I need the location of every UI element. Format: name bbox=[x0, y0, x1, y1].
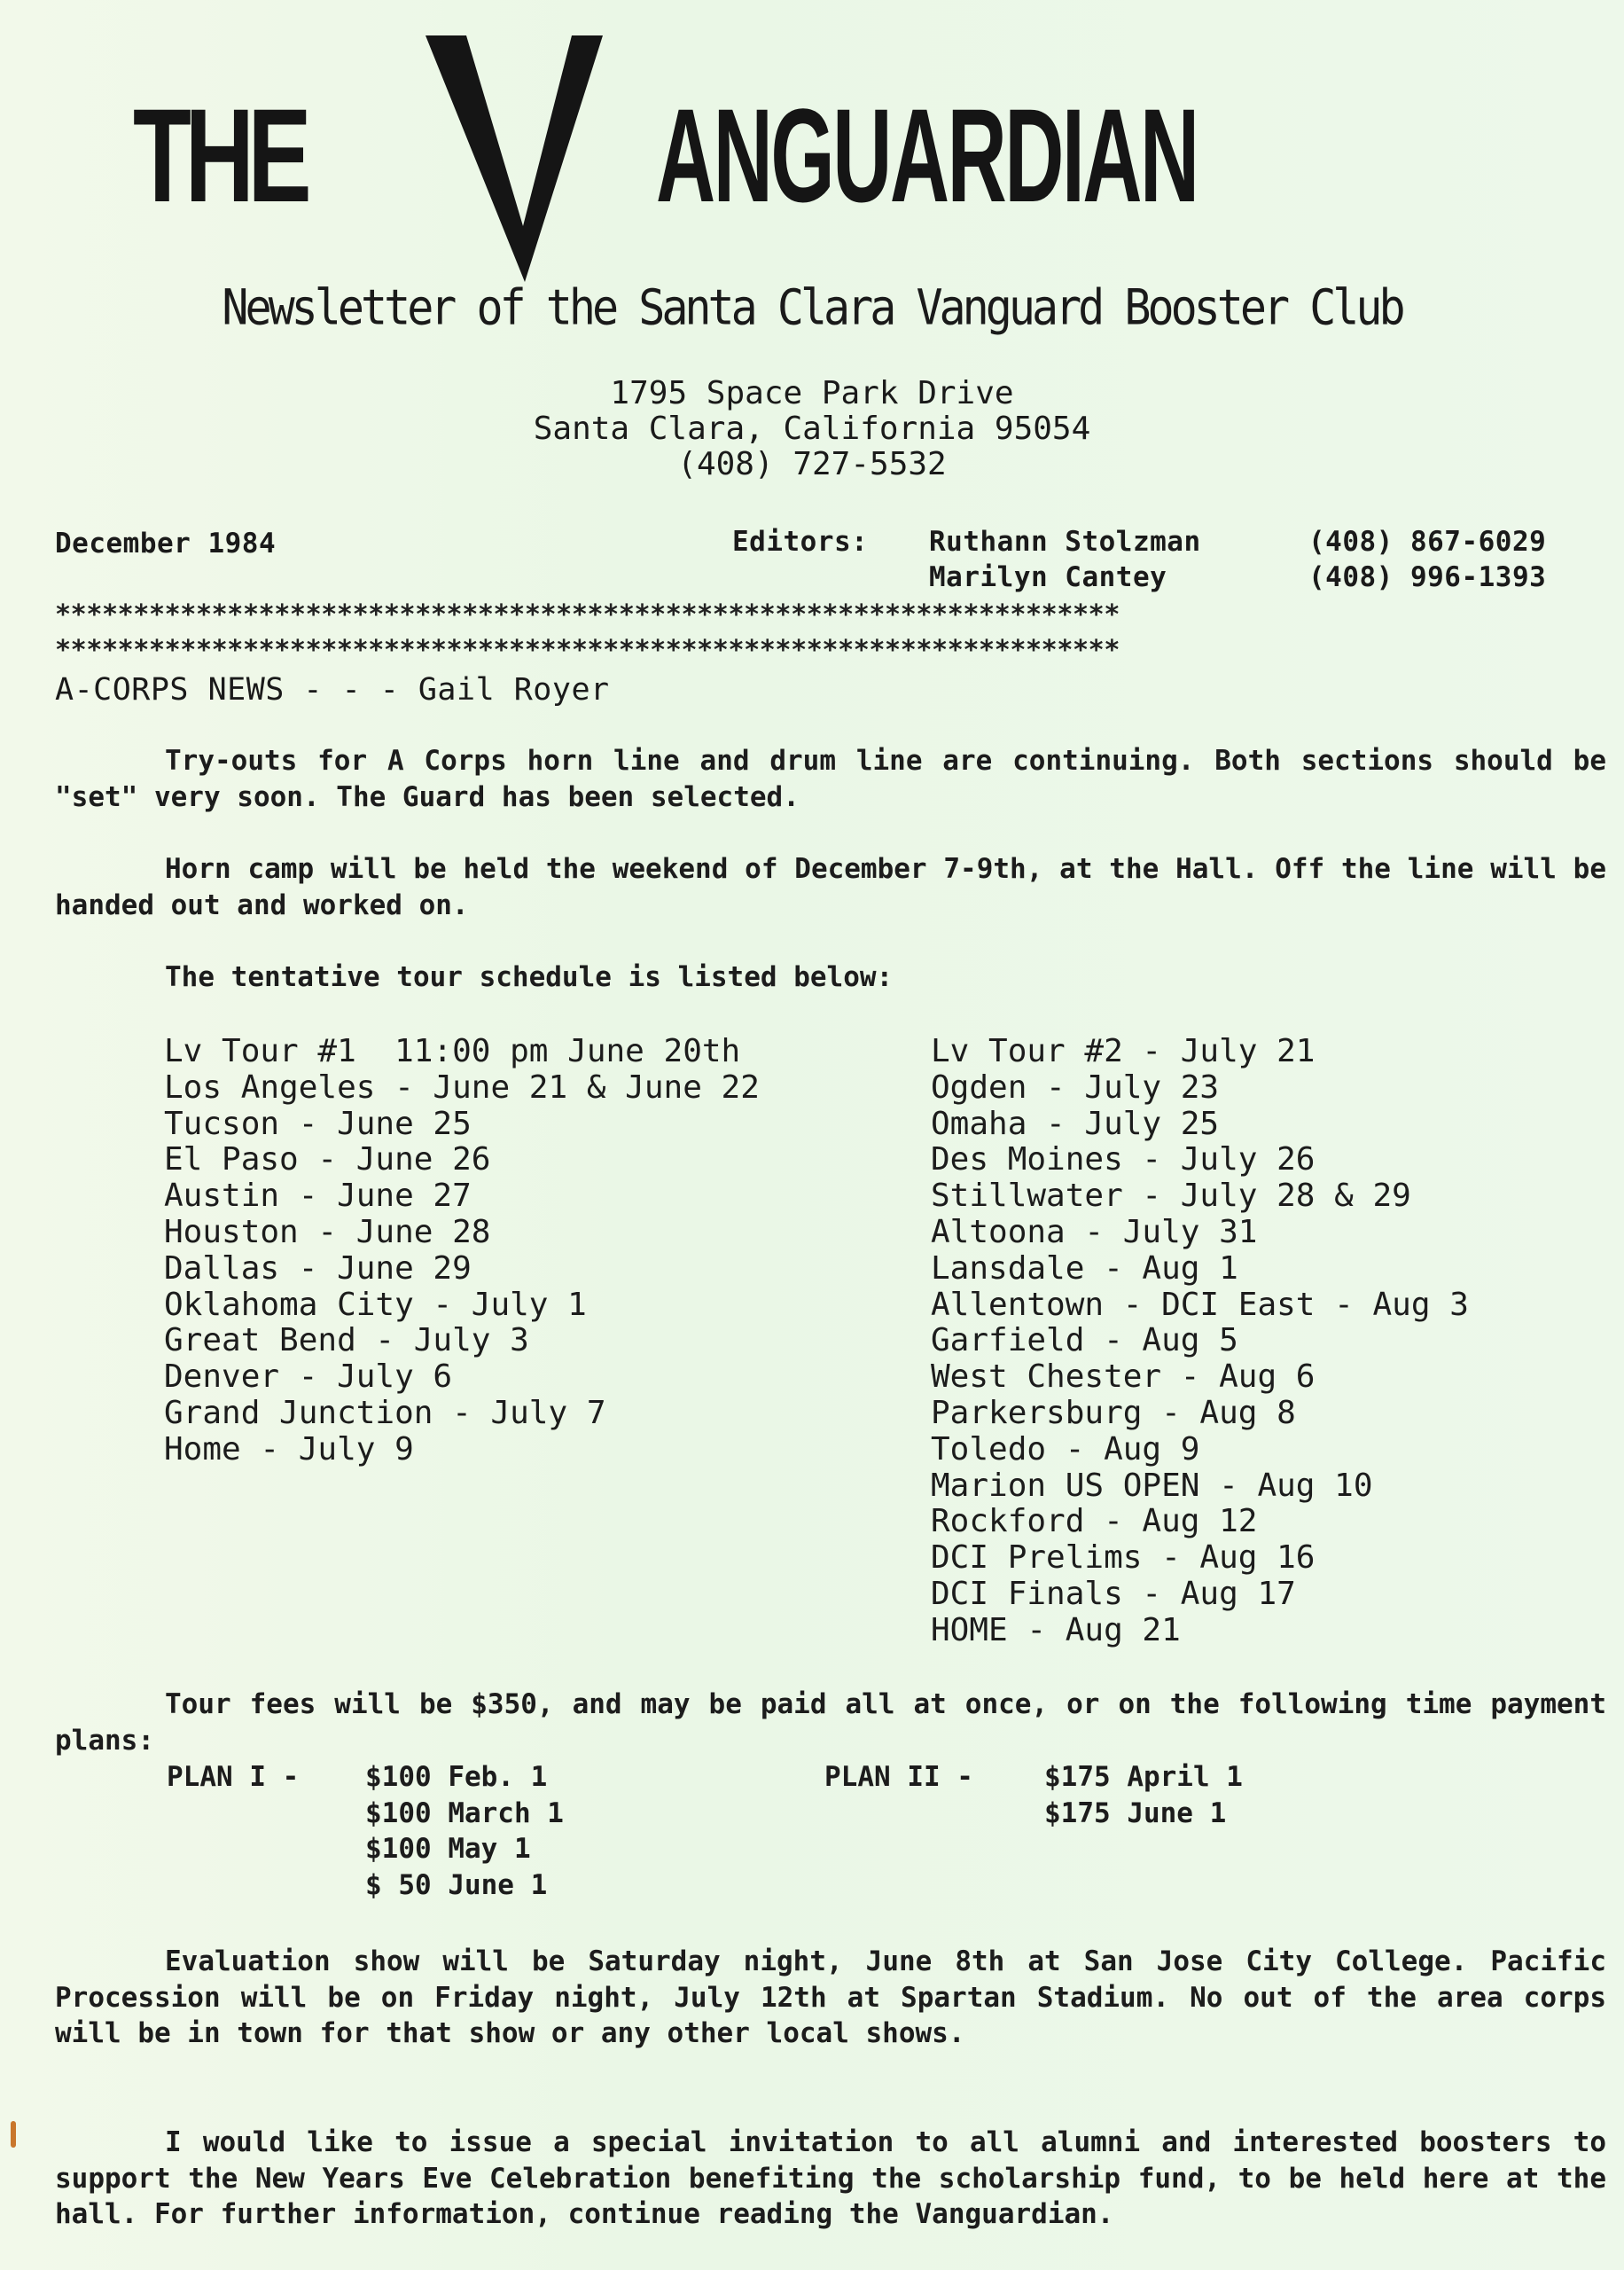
schedule-item: DCI Prelims - Aug 16 bbox=[931, 1540, 1469, 1577]
editor-name-1: Ruthann Stolzman bbox=[929, 526, 1201, 558]
schedule-item: Lansdale - Aug 1 bbox=[931, 1251, 1469, 1288]
schedule-item: HOME - Aug 21 bbox=[931, 1613, 1469, 1649]
schedule-item: Oklahoma City - July 1 bbox=[164, 1288, 760, 1324]
schedule-item: Altoona - July 31 bbox=[931, 1215, 1469, 1251]
paragraph-fees: Tour fees will be $350, and may be paid … bbox=[55, 1687, 1606, 1758]
plan-payment: $100 Feb. 1 bbox=[365, 1759, 564, 1796]
editors-label: Editors: bbox=[732, 526, 868, 558]
schedule-item: DCI Finals - Aug 17 bbox=[931, 1577, 1469, 1613]
paragraph-schedule-intro: The tentative tour schedule is listed be… bbox=[55, 959, 1606, 996]
paragraph-evaluation-show-text: Evaluation show will be Saturday night, … bbox=[55, 1945, 1606, 2049]
schedule-item: Lv Tour #2 - July 21 bbox=[931, 1034, 1469, 1070]
tour-schedule-left: Lv Tour #1 11:00 pm June 20thLos Angeles… bbox=[164, 1034, 760, 1468]
address-phone: (408) 727-5532 bbox=[0, 447, 1624, 482]
editor-name-2: Marilyn Cantey bbox=[929, 561, 1167, 593]
plan-payment: $100 March 1 bbox=[365, 1796, 564, 1832]
paragraph-invitation-text: I would like to issue a special invitati… bbox=[55, 2126, 1606, 2230]
newsletter-subtitle: Newsletter of the Santa Clara Vanguard B… bbox=[0, 279, 1624, 336]
tour-schedule-right: Lv Tour #2 - July 21Ogden - July 23Omaha… bbox=[931, 1034, 1469, 1649]
separator-line-1: ****************************************… bbox=[55, 599, 1606, 630]
plan-payment: $175 June 1 bbox=[1044, 1796, 1243, 1832]
paragraph-tryouts: Try-outs for A Corps horn line and drum … bbox=[55, 743, 1606, 815]
schedule-item: Dallas - June 29 bbox=[164, 1251, 760, 1288]
schedule-item: Great Bend - July 3 bbox=[164, 1323, 760, 1359]
paragraph-invitation: I would like to issue a special invitati… bbox=[55, 2125, 1606, 2233]
plan-2-payments: $175 April 1$175 June 1 bbox=[1044, 1759, 1243, 1831]
schedule-item: Home - July 9 bbox=[164, 1432, 760, 1468]
schedule-item: Los Angeles - June 21 & June 22 bbox=[164, 1070, 760, 1107]
paragraph-evaluation-show: Evaluation show will be Saturday night, … bbox=[55, 1944, 1606, 2052]
schedule-item: Omaha - July 25 bbox=[931, 1107, 1469, 1143]
masthead: THE ANGUARDIAN bbox=[133, 35, 1489, 293]
plan-payment: $100 May 1 bbox=[365, 1831, 564, 1867]
schedule-item: Tucson - June 25 bbox=[164, 1107, 760, 1143]
schedule-item: Houston - June 28 bbox=[164, 1215, 760, 1251]
schedule-item: Rockford - Aug 12 bbox=[931, 1504, 1469, 1540]
schedule-item: Lv Tour #1 11:00 pm June 20th bbox=[164, 1034, 760, 1070]
schedule-item: Des Moines - July 26 bbox=[931, 1142, 1469, 1178]
address-street: 1795 Space Park Drive bbox=[0, 376, 1624, 411]
masthead-the: THE bbox=[133, 89, 305, 222]
paragraph-horn-camp-text: Horn camp will be held the weekend of De… bbox=[55, 853, 1606, 921]
plan-2-label: PLAN II - bbox=[824, 1759, 990, 1796]
schedule-item: El Paso - June 26 bbox=[164, 1142, 760, 1178]
schedule-item: Grand Junction - July 7 bbox=[164, 1396, 760, 1432]
plan-1-label: PLAN I - bbox=[167, 1759, 316, 1796]
masthead-anguardian: ANGUARDIAN bbox=[656, 89, 1198, 222]
article-heading: A-CORPS NEWS - - - Gail Royer bbox=[55, 672, 610, 708]
masthead-v-logo-icon bbox=[426, 35, 603, 284]
plan-payment: $175 April 1 bbox=[1044, 1759, 1243, 1796]
separator-line-2: ****************************************… bbox=[55, 635, 1606, 666]
paragraph-tryouts-text: Try-outs for A Corps horn line and drum … bbox=[55, 745, 1606, 813]
paragraph-schedule-intro-text: The tentative tour schedule is listed be… bbox=[165, 961, 893, 993]
paragraph-horn-camp: Horn camp will be held the weekend of De… bbox=[55, 851, 1606, 923]
address-city: Santa Clara, California 95054 bbox=[0, 411, 1624, 447]
editor-phone-2: (408) 996-1393 bbox=[1308, 561, 1546, 593]
schedule-item: Austin - June 27 bbox=[164, 1178, 760, 1215]
schedule-item: Allentown - DCI East - Aug 3 bbox=[931, 1288, 1469, 1324]
schedule-item: Ogden - July 23 bbox=[931, 1070, 1469, 1107]
schedule-item: Denver - July 6 bbox=[164, 1359, 760, 1396]
paragraph-fees-text: Tour fees will be $350, and may be paid … bbox=[55, 1688, 1606, 1757]
schedule-item: Stillwater - July 28 & 29 bbox=[931, 1178, 1469, 1215]
schedule-item: West Chester - Aug 6 bbox=[931, 1359, 1469, 1396]
paper-mark bbox=[11, 2121, 16, 2148]
schedule-item: Marion US OPEN - Aug 10 bbox=[931, 1468, 1469, 1505]
schedule-item: Garfield - Aug 5 bbox=[931, 1323, 1469, 1359]
editor-phone-1: (408) 867-6029 bbox=[1308, 526, 1546, 558]
plan-payment: $ 50 June 1 bbox=[365, 1867, 564, 1904]
schedule-item: Parkersburg - Aug 8 bbox=[931, 1396, 1469, 1432]
plan-1-payments: $100 Feb. 1$100 March 1$100 May 1$ 50 Ju… bbox=[365, 1759, 564, 1903]
schedule-item: Toledo - Aug 9 bbox=[931, 1432, 1469, 1468]
issue-date: December 1984 bbox=[55, 528, 276, 560]
